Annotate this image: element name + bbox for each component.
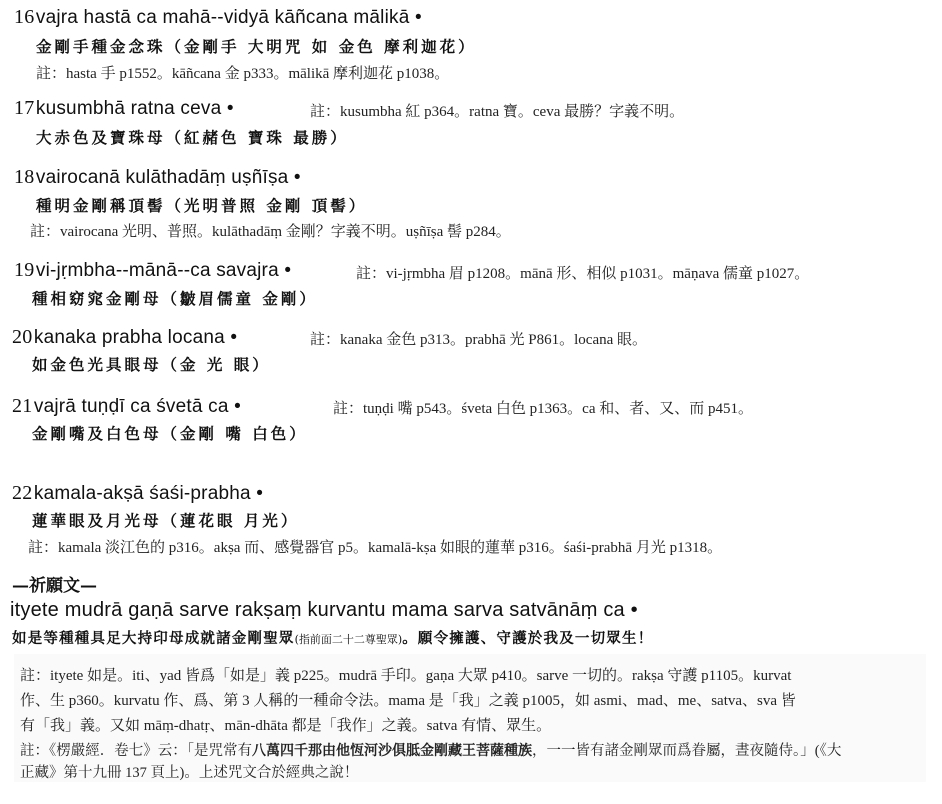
verse-21-note: 註：tuṇḍi 嘴 p543。śveta 白色 p1363。ca 和、者、又、而… <box>333 397 753 418</box>
verse-number: 20 <box>12 326 32 348</box>
verse-16-chinese: 金剛手種金念珠（金剛手 大明咒 如 金色 摩利迦花） <box>36 35 477 57</box>
verse-16-sanskrit: 16 vajra hastā ca mahā--vidyā kāñcana mā… <box>14 6 422 29</box>
verse-18-sanskrit: 18 vairocanā kulāthadāṃ uṣñīṣa • <box>14 166 301 189</box>
prayer-sanskrit: ityete mudrā gaṇā sarve rakṣaṃ kurvantu … <box>10 599 638 622</box>
verse-17-chinese: 大赤色及寶珠母（紅赭色 寶珠 最勝） <box>36 126 349 148</box>
verse-20-note: 註：kanaka 金色 p313。prabhā 光 P861。locana 眼。 <box>310 328 647 349</box>
verse-text: vajra hastā ca mahā--vidyā kāñcana mālik… <box>36 7 422 28</box>
prayer-chinese: 如是等種種具足大持印母成就諸金剛聖眾(指前面二十二尊聖眾)。願令擁護、守護於我及… <box>12 627 653 648</box>
verse-22-sanskrit: 22 kamala-akṣā śaśi-prabha • <box>12 482 263 505</box>
verse-22-note: 註：kamala 淡江色的 p316。akṣa 而、感覺器官 p5。kamalā… <box>28 536 722 557</box>
verse-text: kanaka prabha locana • <box>34 327 237 348</box>
prayer-chinese-main: 如是等種種具足大持印母成就諸金剛聖眾 <box>12 630 295 647</box>
verse-18-note: 註：vairocana 光明、普照。kulāthadāṃ 金剛？字義不明。uṣñ… <box>30 220 511 241</box>
verse-19-note: 註：vi-jṛmbha 眉 p1208。mānā 形、相似 p1031。māṇa… <box>356 262 809 283</box>
verse-text: vi-jṛmbha--mānā--ca savajra • <box>36 260 291 281</box>
verse-number: 18 <box>14 166 34 188</box>
verse-text: vajrā tuṇḍī ca śvetā ca • <box>34 396 241 417</box>
verse-number: 17 <box>14 97 34 119</box>
verse-19-sanskrit: 19 vi-jṛmbha--mānā--ca savajra • <box>14 259 291 282</box>
prayer-title: —祈願文— <box>12 571 97 596</box>
verse-19-chinese: 種相窈窕金剛母（皺眉儒童 金剛） <box>32 287 318 309</box>
verse-21-sanskrit: 21 vajrā tuṇḍī ca śvetā ca • <box>12 395 241 418</box>
bottom-note-line-2: 作、生 p360。kurvatu 作、爲、第 3 人稱的一種命令法。mama 是… <box>20 689 796 714</box>
citation-bold: 八萬四千那由他恆河沙俱胝金剛藏王菩薩種族 <box>252 743 532 759</box>
verse-number: 19 <box>14 259 34 281</box>
citation-intro: 註：《楞嚴經．卷七》云：「是咒常有 <box>20 743 252 759</box>
bottom-note-line-3: 有「我」義。又如 māṃ-dhatṛ、mān-dhāta 都是「我作」之義。sa… <box>20 714 551 739</box>
verse-20-chinese: 如金色光具眼母（金 光 眼） <box>32 353 271 375</box>
bottom-note-line-4: 註：《楞嚴經．卷七》云：「是咒常有八萬四千那由他恆河沙俱胝金剛藏王菩薩種族，一一… <box>20 740 841 762</box>
bottom-note-line-5: 正藏》第十九冊 137 頁上)。上述咒文合於經典之說！ <box>20 762 358 784</box>
verse-number: 16 <box>14 6 34 28</box>
verse-number: 22 <box>12 482 32 504</box>
verse-text: vairocanā kulāthadāṃ uṣñīṣa • <box>36 167 301 188</box>
verse-text: kusumbhā ratna ceva • <box>36 98 234 119</box>
bottom-note-line-1: 註：ityete 如是。iti、yad 皆爲「如是」義 p225。mudrā 手… <box>20 664 791 689</box>
verse-20-sanskrit: 20 kanaka prabha locana • <box>12 326 237 349</box>
verse-21-chinese: 金剛嘴及白色母（金剛 嘴 白色） <box>32 422 308 444</box>
verse-17-note: 註：kusumbha 紅 p364。ratna 寶。ceva 最勝？字義不明。 <box>310 100 684 121</box>
verse-22-chinese: 蓮華眼及月光母（蓮花眼 月光） <box>32 509 299 531</box>
verse-17-sanskrit: 17 kusumbhā ratna ceva • <box>14 97 234 120</box>
citation-rest: ，一一皆有諸金剛眾而爲眷屬，晝夜隨侍。」(《大 <box>532 743 841 759</box>
verse-text: kamala-akṣā śaśi-prabha • <box>34 483 263 504</box>
prayer-chinese-end: 。願令擁護、守護於我及一切眾生！ <box>402 630 653 647</box>
prayer-chinese-parenthetical: (指前面二十二尊聖眾) <box>295 633 403 646</box>
verse-number: 21 <box>12 395 32 417</box>
verse-18-chinese: 種明金剛稱頂髻（光明普照 金剛 頂髻） <box>36 194 367 216</box>
verse-16-note: 註：hasta 手 p1552。kāñcana 金 p333。mālikā 摩利… <box>36 62 449 83</box>
